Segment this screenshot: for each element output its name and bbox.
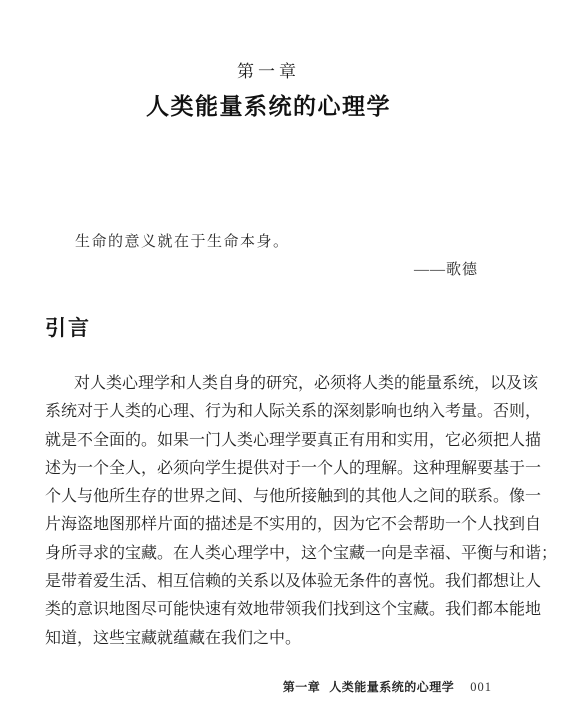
chapter-number: 第一章 — [45, 57, 492, 82]
epigraph-quote: 生命的意义就在于生命本身。 — [75, 230, 290, 251]
paragraph-line: 对人类心理学和人类自身的研究，必须将人类的能量系统，以及该 — [45, 370, 492, 398]
paragraph-line: 是带着爱生活、相互信赖的关系以及体验无条件的喜悦。我们都想让人 — [45, 568, 492, 596]
paragraph-line: 片海盗地图那样片面的描述是不实用的，因为它不会帮助一个人找到自 — [45, 511, 492, 539]
book-page: 第一章 人类能量系统的心理学 生命的意义就在于生命本身。 ——歌德 引言 对人类… — [0, 0, 570, 707]
running-footer: 第一章 人类能量系统的心理学 001 — [283, 678, 492, 695]
paragraph-line: 就是不全面的。如果一门人类心理学要真正有用和实用，它必须把人描 — [45, 427, 492, 455]
paragraph-line: 述为一个全人，必须向学生提供对于一个人的理解。这种理解要基于一 — [45, 455, 492, 483]
page-number: 001 — [470, 680, 492, 695]
footer-chapter-title: 人类能量系统的心理学 — [329, 678, 454, 695]
paragraph-line: 类的意识地图尽可能快速有效地带领我们找到这个宝藏。我们都本能地 — [45, 596, 492, 624]
paragraph-line: 系统对于人类的心理、行为和人际关系的深刻影响也纳入考量。否则， — [45, 398, 492, 426]
paragraph-line: 身所寻求的宝藏。在人类心理学中，这个宝藏一向是幸福、平衡与和谐； — [45, 540, 492, 568]
chapter-title: 人类能量系统的心理学 — [45, 88, 492, 121]
paragraph-line: 个人与他所生存的世界之间、与他所接触到的其他人之间的联系。像一 — [45, 483, 492, 511]
paragraph-line: 知道，这些宝藏就蕴藏在我们之中。 — [45, 625, 492, 653]
epigraph-attribution: ——歌德 — [414, 258, 478, 279]
body-paragraph: 对人类心理学和人类自身的研究，必须将人类的能量系统，以及该 系统对于人类的心理、… — [45, 370, 492, 653]
text-column: 第一章 人类能量系统的心理学 生命的意义就在于生命本身。 ——歌德 引言 对人类… — [45, 0, 492, 707]
footer-chapter-number: 第一章 — [283, 678, 321, 695]
section-heading-introduction: 引言 — [45, 312, 91, 342]
